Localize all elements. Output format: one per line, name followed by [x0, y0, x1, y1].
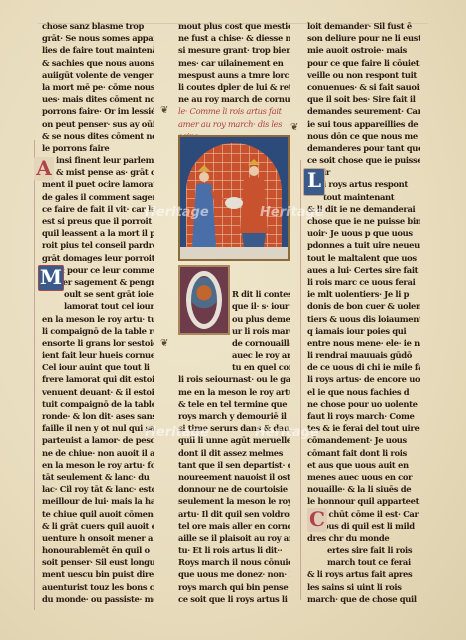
- text-line: roit pius tel conseil pardre dont: [42, 239, 154, 251]
- kings-figures-icon: [180, 137, 288, 259]
- text-line: & mist pense as· grāt com: [42, 166, 154, 178]
- text-line: ne au roy march de cornuail: [178, 93, 290, 105]
- text-line: le porrons faire: [42, 142, 154, 154]
- initial-L: L: [303, 168, 325, 196]
- text-line: la mort mē pe· cōme nous a: [42, 81, 154, 93]
- text-line: mes· car uilainement en: [178, 57, 290, 69]
- text-line: tout le maltalent que uos: [307, 252, 420, 264]
- text-line: ronde· & lon dit· ases sans: [42, 410, 154, 422]
- text-line: seulement la meson le roy: [178, 495, 290, 507]
- watermark: Heritage: [260, 205, 324, 220]
- text-line: tiers & uous dis loiaument: [307, 313, 420, 325]
- penwork-flourish-icon: ❦: [160, 105, 168, 116]
- text-line: honourablemēt ēn quil o: [42, 544, 154, 556]
- text-line: te chiue quil auoit cōmencie: [42, 508, 154, 520]
- text-line: ne fust a chise· & diesse mort: [178, 32, 290, 44]
- text-line: insi finent leur parlemēt: [42, 154, 154, 166]
- text-line: ne chose pour uo uolente: [307, 398, 420, 410]
- text-line: que uous me donez· non· Li: [178, 568, 290, 580]
- text-line: quil leassent a la mort il por: [42, 227, 154, 239]
- text-line: Cel iour auint que tout li: [42, 361, 154, 373]
- text-line: nouaille· & la li siuēs de: [307, 483, 420, 495]
- text-line: li roys artus· de encore uo: [307, 373, 420, 385]
- text-line: est si preus que il porroit durer: [42, 215, 154, 227]
- text-line: & tele en tel termine que li: [178, 398, 290, 410]
- text-line: tu en quel compaignie que: [178, 361, 290, 373]
- text-line: ient fait leur hueis cornuer: [42, 349, 154, 361]
- text-line: en la meson le roy artu· tuit: [42, 313, 154, 325]
- text-line: grāt domages leur porroit ve: [42, 252, 154, 264]
- text-line: pour ce que faire li cōuiet: [307, 57, 420, 69]
- text-line: ie mlt uolentiers· Je li p: [307, 288, 420, 300]
- text-line: aues a lui· Certes sire fait: [307, 264, 420, 276]
- text-line: tu· Et li rois artus li dit··: [178, 544, 290, 556]
- text-line: uenture h onsoit mener a fin: [42, 532, 154, 544]
- text-line: auenturist touz les bons chūs: [42, 581, 154, 593]
- text-line: el ie que nous fachies d: [307, 386, 420, 398]
- text-line: menes auec uous en cor: [307, 471, 420, 483]
- text-line: chose sanz blasme trop: [42, 20, 154, 32]
- text-line: venuent deuant· & il estoient: [42, 386, 154, 398]
- text-line: ertes sire fait li rois: [307, 544, 420, 556]
- text-line: me en la meson le roy artu: [178, 386, 290, 398]
- text-line: pdonnes a tuit uire neueu: [307, 239, 420, 251]
- text-line: ment uescu bin puist dire ql: [42, 568, 154, 580]
- text-line: ment il puet ocire lamorat: [42, 178, 154, 190]
- text-line: mout plus cost que mestier: [178, 20, 290, 32]
- text-line: & sachies que nous auons: [42, 57, 154, 69]
- text-line: de gales il comment sagemēt: [42, 191, 154, 203]
- text-line: et aus que uous auit en: [307, 459, 420, 471]
- text-line: mie auoit ostroie· mais: [307, 44, 420, 56]
- text-line: du monde· ou passiste· mes il: [42, 593, 154, 605]
- text-line: li compaignō de la table ronde: [42, 325, 154, 337]
- text-line: son deliure pour ne li eust: [307, 32, 420, 44]
- text-line: li rendrai mauuais gūdō: [307, 349, 420, 361]
- text-line: lac· Cil roy tāt & lanc· estoiet: [42, 483, 154, 495]
- text-line: li coutes dpler de lui & retour: [178, 81, 290, 93]
- text-line: porrons faire· Or im lessiés: [42, 105, 154, 117]
- watermark: Heritage: [255, 425, 319, 440]
- text-line: demandes seurement· Car: [307, 105, 420, 117]
- text-line: grāt· Se nous somes apparel: [42, 32, 154, 44]
- watermark: Heritage: [145, 205, 209, 220]
- text-line: auiigūt volente de venger: [42, 69, 154, 81]
- text-line: ce faire de fait il vit· car lamor: [42, 203, 154, 215]
- text-line: & li grāt cuers quil auoit en: [42, 520, 154, 532]
- text-line: tel ore mais aller en cornou: [178, 520, 290, 532]
- text-line: Roys march il nous cōnuiet: [178, 556, 290, 568]
- historiated-initial-O: [178, 265, 230, 335]
- text-line: donnour ne de courtoisie sors: [178, 483, 290, 495]
- text-line: faille il nen y ot nul qui sa: [42, 422, 154, 434]
- text-line: amer au roy march· dis les: [178, 118, 290, 130]
- text-line: aille se il plaisoit au roy ar: [178, 532, 290, 544]
- initial-C: C: [307, 508, 327, 532]
- text-line: cōmant fait dont li rois: [307, 447, 420, 459]
- text-line: march· que de chose quil: [307, 593, 420, 605]
- text-line: lies de faire tout maintenāt: [42, 44, 154, 56]
- initial-M: M: [38, 265, 64, 291]
- text-line: lamorat tout cel iour: [42, 300, 154, 312]
- watermark: Heritage: [145, 425, 209, 440]
- text-line: de ce uous di chi ie mile faut: [307, 361, 420, 373]
- text-line: si mesure grant· trop bien: [178, 44, 290, 56]
- text-line: tant que il sen departist· que: [178, 459, 290, 471]
- text-line: de cornouaille: [178, 337, 290, 349]
- text-line: uoir· Je uous p que uous: [307, 227, 420, 239]
- manuscript-page: chose sanz blasme tropgrāt· Se nous some…: [0, 0, 466, 640]
- text-line: roys march y demouriē il: [178, 410, 290, 422]
- text-line: faut li roys march· Come: [307, 410, 420, 422]
- text-line: li rois marc ce uous ferai: [307, 276, 420, 288]
- margin-penwork: [300, 160, 301, 600]
- text-line: soit penser· Sil eust longue: [42, 556, 154, 568]
- penwork-flourish-icon: ❦: [160, 338, 168, 349]
- text-line: dont il dit assez melmes: [178, 447, 290, 459]
- text-line: ce soit chose que ie puisse: [307, 154, 420, 166]
- text-line: dres chr du monde: [307, 532, 420, 544]
- text-line: tuit compaignō de la table: [42, 398, 154, 410]
- initial-ring: [186, 271, 222, 329]
- text-line: li rois seiournast· ou le ga: [178, 373, 290, 385]
- text-line: march tout ce ferai: [307, 556, 420, 568]
- penwork-flourish-icon: ❦: [290, 122, 298, 133]
- text-line: frere lamorat qui dit estoiet: [42, 373, 154, 385]
- miniature-two-kings: [178, 135, 290, 261]
- text-line: ce soit que li roys artus li uo: [178, 593, 290, 605]
- text-line: meillour de lui· mais la hau: [42, 495, 154, 507]
- text-line: parteuist a lamor· de pesce: [42, 434, 154, 446]
- text-line: roys march qui bin pense que: [178, 581, 290, 593]
- text-line: & se nous dites cōment nos: [42, 130, 154, 142]
- text-line: ues· mais dites cōment nos: [42, 93, 154, 105]
- initial-A: A: [34, 157, 54, 181]
- text-line: veille ou non respont tuit: [307, 69, 420, 81]
- text-line: ie sui tous appareillies de: [307, 118, 420, 130]
- text-line: ensorte li grans lor sestoio: [42, 337, 154, 349]
- text-line: loit demander· Sil fust ē: [307, 20, 420, 32]
- text-line: entre nous mene· ele· ie ne: [307, 337, 420, 349]
- text-line: artu· Il dit quil sen voldroit: [178, 508, 290, 520]
- text-line: mespust auns a tmre lorc de: [178, 69, 290, 81]
- text-line: cōmandement· Je uous: [307, 434, 420, 446]
- text-column-1: chose sanz blasme tropgrāt· Se nous some…: [42, 20, 154, 605]
- text-line: demanderes pour tant que: [307, 142, 420, 154]
- text-line: q iamais iour poies qui: [307, 325, 420, 337]
- text-line: donis de bon cuer & uolen: [307, 300, 420, 312]
- text-line: en la meson le roy artu· fors: [42, 459, 154, 471]
- text-line: le honnour quil apparteet: [307, 495, 420, 507]
- text-line: que il soit bes· Sire fait il: [307, 93, 420, 105]
- text-line: tes & ie ferai del tout uire: [307, 422, 420, 434]
- text-line: nous dōn ce que nous me: [307, 130, 420, 142]
- text-line: tāt seulement & lanc· du: [42, 471, 154, 483]
- text-line: & li roys artus fait apres: [307, 568, 420, 580]
- text-line: on peut penser· sus ay oūi·: [42, 118, 154, 130]
- text-line: le· Comme li rois artus fait: [178, 105, 290, 117]
- text-line: ne de chiue· non auoit il adōe: [42, 447, 154, 459]
- text-line: noureement nauoist il ostel: [178, 471, 290, 483]
- margin-penwork: [34, 140, 35, 610]
- text-line: conuenues· & si fait sauoir: [307, 81, 420, 93]
- text-line: les sains si uint li rois: [307, 581, 420, 593]
- text-line: auec le roy ar: [178, 349, 290, 361]
